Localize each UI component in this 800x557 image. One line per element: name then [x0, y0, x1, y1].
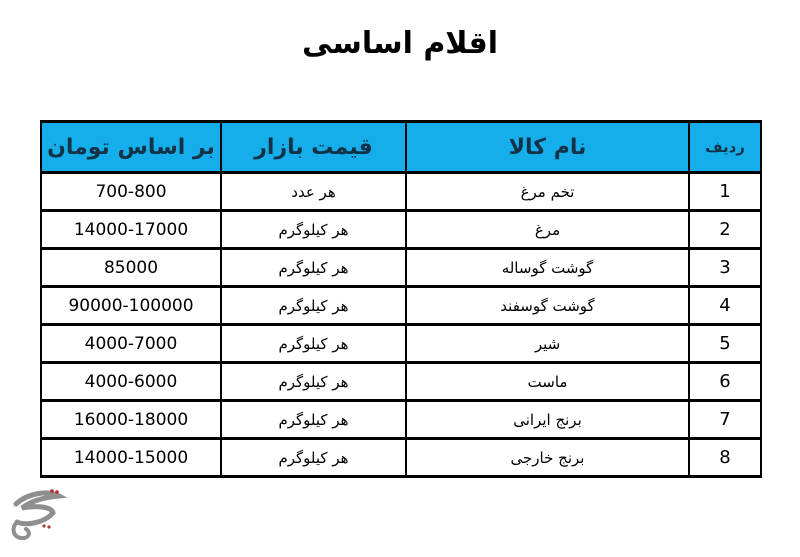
cell-item-name: برنج ایرانی	[406, 401, 689, 439]
cell-market-unit: هر کیلوگرم	[221, 287, 406, 325]
cell-row-number: 2	[689, 211, 761, 249]
table-row: 1 تخم مرغ هر عدد 700-800	[41, 173, 761, 211]
header-market-price: قیمت بازار	[221, 122, 406, 173]
header-row-number: ردیف	[689, 122, 761, 173]
cell-item-name: مرغ	[406, 211, 689, 249]
page-title: اقلام اساسی	[0, 26, 800, 61]
cell-row-number: 8	[689, 439, 761, 477]
cell-market-unit: هر کیلوگرم	[221, 439, 406, 477]
table-row: 5 شیر هر کیلوگرم 4000-7000	[41, 325, 761, 363]
cell-price-toman: 700-800	[41, 173, 221, 211]
cell-market-unit: هر کیلوگرم	[221, 401, 406, 439]
header-based-on-toman: بر اساس تومان	[41, 122, 221, 173]
calligraphy-stroke-top	[16, 493, 59, 524]
table-row: 3 گوشت گوساله هر کیلوگرم 85000	[41, 249, 761, 287]
table-row: 2 مرغ هر کیلوگرم 14000-17000	[41, 211, 761, 249]
table-row: 8 برنج خارجی هر کیلوگرم 14000-15000	[41, 439, 761, 477]
header-row: ردیف نام کالا قیمت بازار بر اساس تومان	[41, 122, 761, 173]
cell-row-number: 5	[689, 325, 761, 363]
cell-item-name: برنج خارجی	[406, 439, 689, 477]
cell-price-toman: 90000-100000	[41, 287, 221, 325]
cell-price-toman: 4000-7000	[41, 325, 221, 363]
tasnim-logo-watermark-icon	[6, 484, 86, 554]
cell-item-name: شیر	[406, 325, 689, 363]
header-item-name: نام کالا	[406, 122, 689, 173]
table-row: 7 برنج ایرانی هر کیلوگرم 16000-18000	[41, 401, 761, 439]
cell-price-toman: 14000-17000	[41, 211, 221, 249]
cell-item-name: گوشت گوسفند	[406, 287, 689, 325]
cell-row-number: 1	[689, 173, 761, 211]
price-table: ردیف نام کالا قیمت بازار بر اساس تومان 1…	[40, 120, 762, 478]
red-dot-icon	[47, 525, 50, 528]
cell-market-unit: هر کیلوگرم	[221, 211, 406, 249]
cell-row-number: 7	[689, 401, 761, 439]
red-dot-icon	[55, 490, 59, 494]
cell-row-number: 6	[689, 363, 761, 401]
red-dot-icon	[42, 524, 45, 527]
cell-market-unit: هر کیلوگرم	[221, 249, 406, 287]
cell-price-toman: 85000	[41, 249, 221, 287]
cell-item-name: ماست	[406, 363, 689, 401]
cell-row-number: 3	[689, 249, 761, 287]
cell-market-unit: هر کیلوگرم	[221, 363, 406, 401]
page: { "chart_data": { "type": "table", "titl…	[0, 0, 800, 557]
cell-row-number: 4	[689, 287, 761, 325]
cell-market-unit: هر کیلوگرم	[221, 325, 406, 363]
cell-price-toman: 14000-15000	[41, 439, 221, 477]
table-row: 4 گوشت گوسفند هر کیلوگرم 90000-100000	[41, 287, 761, 325]
cell-item-name: گوشت گوساله	[406, 249, 689, 287]
red-dot-icon	[50, 489, 54, 493]
cell-item-name: تخم مرغ	[406, 173, 689, 211]
cell-price-toman: 16000-18000	[41, 401, 221, 439]
cell-market-unit: هر عدد	[221, 173, 406, 211]
cell-price-toman: 4000-6000	[41, 363, 221, 401]
table-row: 6 ماست هر کیلوگرم 4000-6000	[41, 363, 761, 401]
